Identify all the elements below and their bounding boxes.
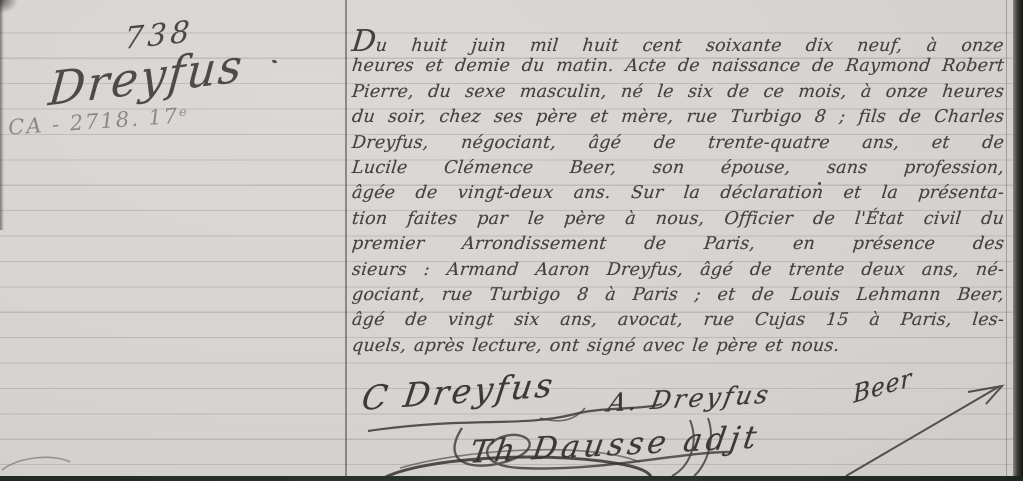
act-text-block: Du huit juin mil huit cent soixante dix …: [352, 29, 1004, 359]
scan-edge-right: [1013, 0, 1023, 481]
scan-edge-left: [0, 0, 4, 230]
act-line: Lucile Clémence Beer, son épouse, sans p…: [351, 156, 1006, 181]
register-page-scan: 738 Dreyfus CA - 2718. 17ᵉ Du huit juin …: [0, 0, 1023, 481]
signature-official: Th Dausse adjt: [467, 419, 763, 471]
scan-corner-smudge: [0, 0, 18, 14]
act-line: heures et demie du matin. Acte de naissa…: [351, 54, 1006, 79]
act-line: sieurs : Armand Aaron Dreyfus, âgé de tr…: [351, 258, 1006, 283]
act-line: tion faites par le père à nous, Officier…: [351, 207, 1006, 232]
act-line: Dreyfus, négociant, âgé de trente-quatre…: [351, 131, 1006, 156]
margin-rule-line: [345, 0, 347, 481]
act-line: quels, après lecture, ont signé avec le …: [351, 334, 1006, 359]
scan-edge-bottom: [0, 476, 1023, 481]
page-edge-rule: [1006, 0, 1007, 481]
act-line: gociant, rue Turbigo 8 à Paris ; et de L…: [351, 283, 1006, 308]
signature-witness-b: Beer: [853, 363, 913, 409]
signature-father: C Dreyfus: [359, 365, 558, 418]
act-line: âgé de vingt six ans, avocat, rue Cujas …: [351, 308, 1006, 333]
ink-speck: [818, 182, 821, 185]
act-line: âgée de vingt-deux ans. Sur la déclarati…: [351, 181, 1006, 206]
act-line: Pierre, du sexe masculin, né le six de c…: [351, 80, 1006, 105]
act-line: Du huit juin mil huit cent soixante dix …: [351, 29, 1006, 54]
act-line: premier Arrondissement de Paris, en prés…: [351, 232, 1006, 257]
signature-witness-a: A. Dreyfus: [605, 380, 774, 418]
act-line: du soir, chez ses père et mère, rue Turb…: [351, 105, 1006, 130]
